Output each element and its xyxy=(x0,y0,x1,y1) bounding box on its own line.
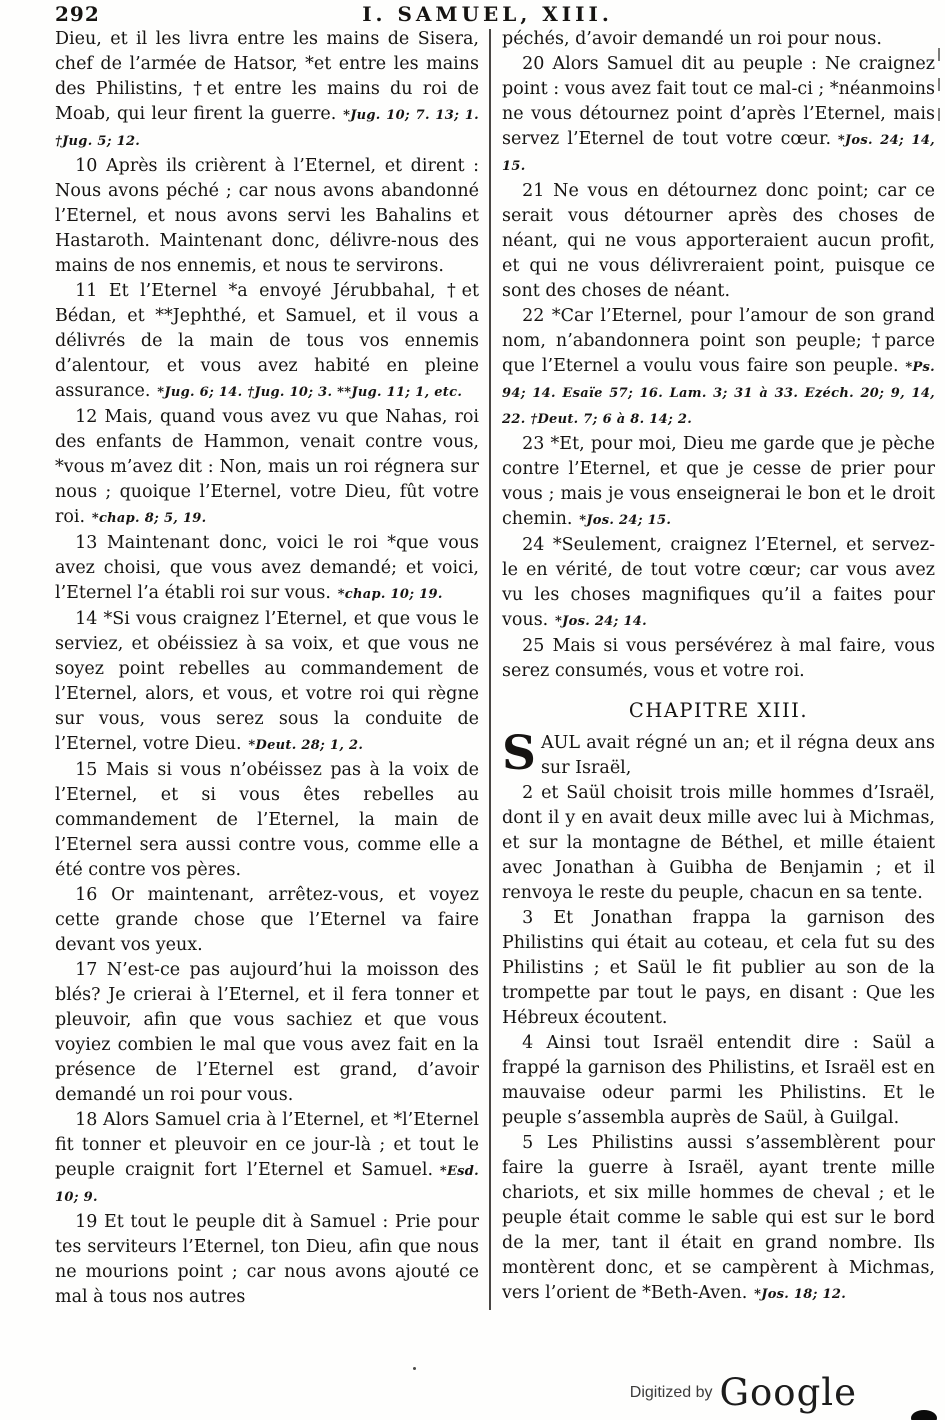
dropcap-initial: S xyxy=(502,731,541,774)
scan-artifact xyxy=(938,48,940,61)
cross-references: *Deut. 28; 1, 2. xyxy=(242,738,364,753)
text-columns: Dieu, et il les livra entre les mains de… xyxy=(55,27,937,1310)
chapter-13-heading: CHAPITRE XIII. xyxy=(502,698,935,723)
verse-5: 5 Les Philistins aussi s’assemblèrent po… xyxy=(502,1131,935,1307)
column-divider xyxy=(489,29,491,1310)
verse-14: 14 *Si vous craignez l’Eternel, et que v… xyxy=(55,607,479,758)
verse-13: 13 Maintenant donc, voici le roi *que vo… xyxy=(55,531,479,607)
scan-artifact xyxy=(413,1367,416,1370)
verse-12: 12 Mais, quand vous avez vu que Nahas, r… xyxy=(55,405,479,531)
cross-references: *Jos. 24; 14. xyxy=(548,614,647,629)
book-page: 292 I. SAMUEL, XIII. Dieu, et il les liv… xyxy=(0,0,945,1420)
continuation-paragraph: Dieu, et il les livra entre les mains de… xyxy=(55,27,479,154)
verse-24: 24 *Seulement, craignez l’Eternel, et se… xyxy=(502,533,935,634)
verse-17: 17 N’est-ce pas aujourd’hui la moisson d… xyxy=(55,958,479,1108)
verse-18: 18 Alors Samuel cria à l’Eternel, et *l’… xyxy=(55,1108,479,1210)
verse-15: 15 Mais si vous n’obéissez pas à la voix… xyxy=(55,758,479,883)
verse-10: 10 Après ils crièrent à l’Eternel, et di… xyxy=(55,154,479,279)
continuation-paragraph: péchés, d’avoir demandé un roi pour nous… xyxy=(502,27,935,52)
right-column: péchés, d’avoir demandé un roi pour nous… xyxy=(502,27,935,1310)
cross-references: *Jos. 18; 12. xyxy=(747,1287,846,1302)
cross-references: *Jos. 24; 15. xyxy=(572,513,671,528)
verse-25: 25 Mais si vous persévérez à mal faire, … xyxy=(502,634,935,684)
scan-artifact xyxy=(911,1410,937,1420)
cross-references: *chap. 10; 19. xyxy=(331,587,443,602)
scan-artifact xyxy=(938,78,940,91)
running-head: 292 I. SAMUEL, XIII. xyxy=(0,2,945,28)
left-column: Dieu, et il les livra entre les mains de… xyxy=(55,27,479,1310)
scan-artifact xyxy=(938,108,940,121)
verse-21: 21 Ne vous en détournez donc point; car … xyxy=(502,179,935,304)
verse-2: 2 et Saül choisit trois mille hommes d’I… xyxy=(502,781,935,906)
verse-1: SAUL avait régné un an; et il régna deux… xyxy=(502,731,935,781)
verse-19: 19 Et tout le peuple dit à Samuel : Prie… xyxy=(55,1210,479,1310)
verse-16: 16 Or maintenant, arrêtez-vous, et voyez… xyxy=(55,883,479,958)
cross-references: *Jug. 10; 7. 13; 1. †Jug. 5; 12. xyxy=(55,108,479,149)
cross-references: *Jos. 24; 14, 15. xyxy=(502,133,935,174)
running-title: I. SAMUEL, XIII. xyxy=(0,2,945,26)
cross-references: *Esd. 10; 9. xyxy=(55,1164,479,1205)
google-logo: Google xyxy=(719,1371,857,1414)
verse-4: 4 Ainsi tout Israël entendit dire : Saül… xyxy=(502,1031,935,1131)
cross-references: *Ps. 94; 14. Esaïe 57; 16. Lam. 3; 31 à … xyxy=(502,360,935,427)
cross-references: *Jug. 6; 14. †Jug. 10; 3. **Jug. 11; 1, … xyxy=(150,385,462,400)
digitization-watermark: Digitized by Google xyxy=(630,1371,857,1414)
cross-references: *chap. 8; 5, 19. xyxy=(85,511,206,526)
verse-22: 22 *Car l’Eternel, pour l’amour de son g… xyxy=(502,304,935,432)
verse-20: 20 Alors Samuel dit au peuple : Ne craig… xyxy=(502,52,935,179)
verse-23: 23 *Et, pour moi, Dieu me garde que je p… xyxy=(502,432,935,533)
verse-3: 3 Et Jonathan frappa la garnison des Phi… xyxy=(502,906,935,1031)
digitized-by-label: Digitized by xyxy=(630,1384,713,1402)
verse-11: 11 Et l’Eternel *a envoyé Jérubbahal, †e… xyxy=(55,279,479,405)
